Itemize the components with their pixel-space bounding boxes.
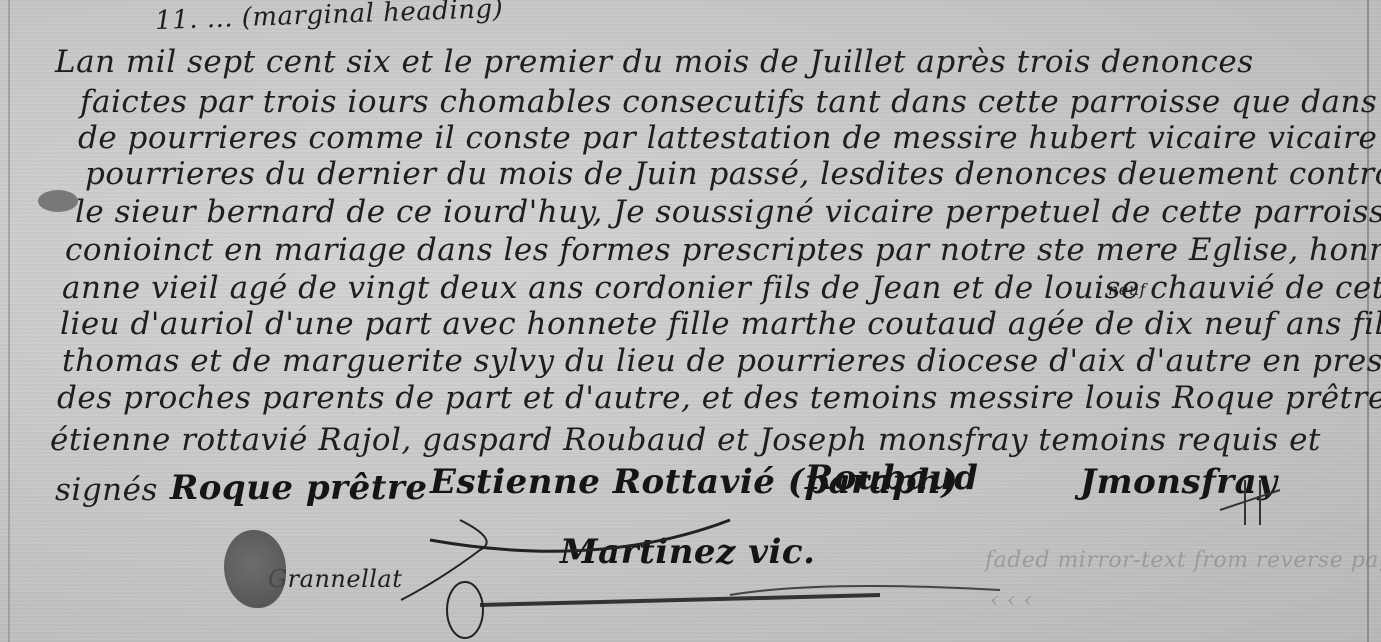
text-line-6: conioinct en mariage dans les formes pre… <box>65 232 1381 268</box>
text-line-7: anne vieil agé de vingt deux ans cordoni… <box>62 270 1381 306</box>
text-line-2: faictes par trois iours chomables consec… <box>80 84 1381 120</box>
interlinear-insert: neuf <box>1108 280 1146 299</box>
marginal-heading: 11. ... (marginal heading) <box>155 0 504 36</box>
wax-seal <box>224 530 286 608</box>
text-line-11: étienne rottavié Rajol, gaspard Roubaud … <box>50 422 1321 458</box>
text-line-4: pourrieres du dernier du mois de Juin pa… <box>85 156 1381 192</box>
signature-roque: Roque prêtre <box>170 468 427 508</box>
bleed-through-text-1: faded mirror-text from reverse page, low… <box>985 548 1381 573</box>
register-page: 11. ... (marginal heading) Lan mil sept … <box>0 0 1381 642</box>
text-line-8: lieu d'auriol d'une part avec honnete fi… <box>60 306 1381 342</box>
bleed-through-text-2: ‹ ‹ ‹ <box>990 588 1033 613</box>
ink-blot <box>38 190 78 212</box>
text-line-5: le sieur bernard de ce iourd'huy, Je sou… <box>75 194 1381 230</box>
text-line-10: des proches parents de part et d'autre, … <box>57 380 1381 416</box>
text-line-9: thomas et de marguerite sylvy du lieu de… <box>62 343 1381 379</box>
signature-grannellat: Grannellat <box>268 565 402 593</box>
text-line-12: signés <box>55 472 158 508</box>
left-page-edge <box>8 0 10 642</box>
text-line-1: Lan mil sept cent six et le premier du m… <box>55 44 1254 80</box>
text-line-3: de pourrieres comme il conste par lattes… <box>78 120 1381 156</box>
